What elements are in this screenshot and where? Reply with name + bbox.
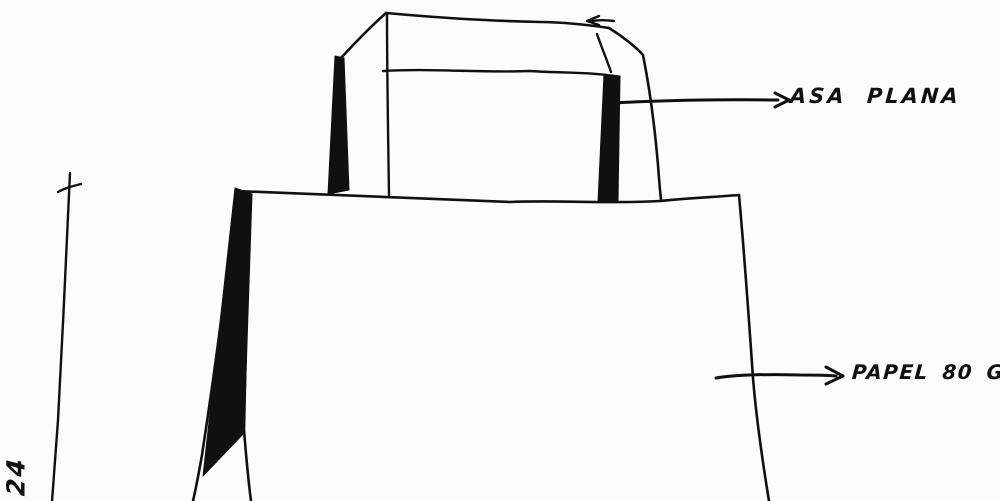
flap-inner-right-diagonal [597,34,611,72]
handle-left-shadow [328,56,349,194]
papel-arrow-icon [716,367,843,384]
flap-small-arrow-icon [587,16,614,25]
dimension-line [52,173,81,501]
label-dimension-24: 24 [2,453,31,499]
handle-right-shadow [598,74,620,202]
paper-bag-sketch [0,0,1000,501]
asa-plana-arrow-shaft [613,100,778,103]
flap-inner-left-edge [387,14,389,195]
dimension-line-stroke [52,173,70,501]
label-asa-plana: ASA PLANA [789,84,961,108]
bag-top-edge [236,191,739,202]
flap-top-edge [386,13,609,28]
bag-handle-flap [328,13,661,202]
flap-fold-line [383,70,606,75]
papel-arrow-shaft [716,375,836,378]
asa-plana-arrow-icon [613,93,789,107]
flap-small-arrow-shaft [592,20,614,21]
flap-left-slope [340,13,386,59]
bag-right-edge [739,195,769,501]
sketch-canvas: ASA PLANA PAPEL 80 GR. 24 [0,0,1000,501]
label-papel-80gr: PAPEL 80 GR. [851,360,1000,384]
bag-body [193,188,769,501]
